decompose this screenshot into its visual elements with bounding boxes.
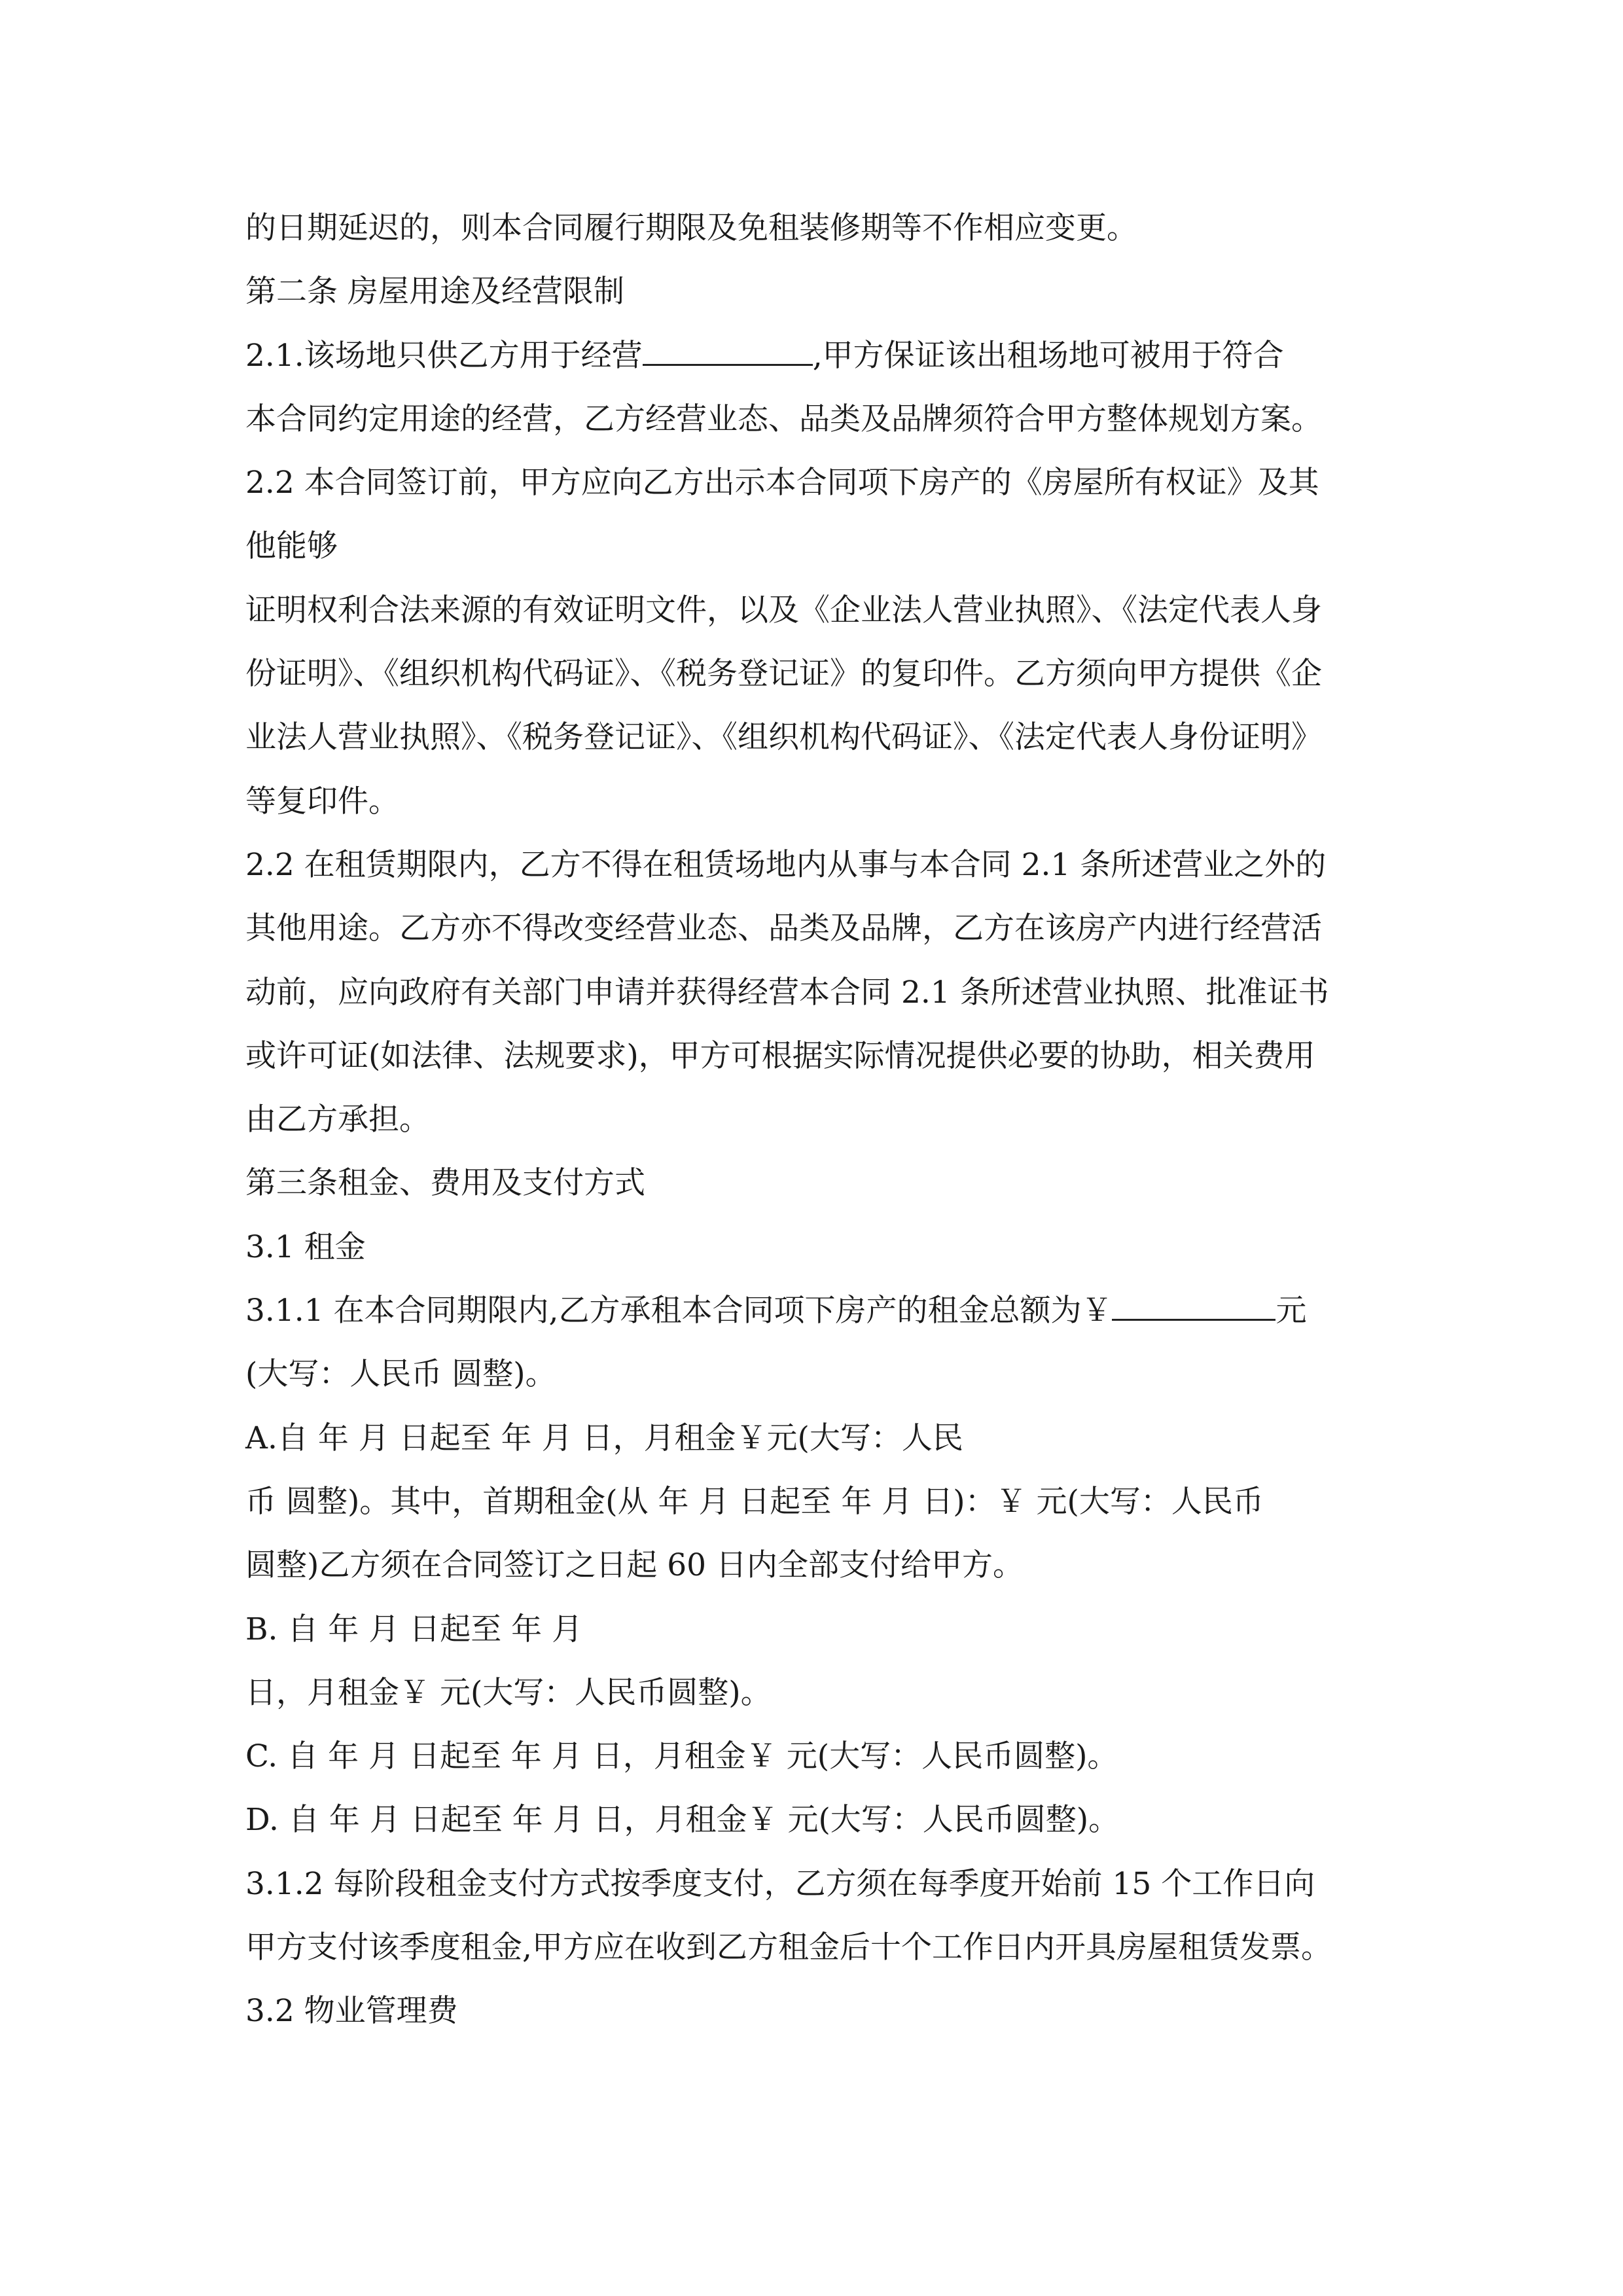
text-line: 日，月租金￥ 元(大写：人民币圆整)。 (245, 1661, 1397, 1725)
clause-2-1-before: 2.1.该场地只供乙方用于经营 (245, 338, 643, 374)
clause-2-1-after: ,甲方保证该出租场地可被用于符合 (813, 338, 1284, 374)
section-heading-article-2: 第二条 房屋用途及经营限制 (245, 260, 1397, 323)
text-line: 动前，应向政府有关部门申请并获得经营本合同 2.1 条所述营业执照、批准证书 (245, 961, 1397, 1024)
text-line: 2.2 本合同签订前，甲方应向乙方出示本合同项下房产的《房屋所有权证》及其 (245, 451, 1397, 514)
text-line: 业法人营业执照》、《税务登记证》、《组织机构代码证》、《法定代表人身份证明》 (245, 706, 1397, 769)
clause-2-1-line: 2.1.该场地只供乙方用于经营,甲方保证该出租场地可被用于符合 (245, 324, 1397, 387)
clause-3-1-1-line: 3.1.1 在本合同期限内,乙方承租本合同项下房产的租金总额为￥元 (245, 1279, 1397, 1342)
text-line: 3.1.2 每阶段租金支付方式按季度支付，乙方须在每季度开始前 15 个工作日向 (245, 1852, 1397, 1916)
rent-period-d: D. 自 年 月 日起至 年 月 日，月租金￥ 元(大写：人民币圆整)。 (245, 1788, 1397, 1852)
text-line: 或许可证(如法律、法规要求)，甲方可根据实际情况提供必要的协助，相关费用 (245, 1024, 1397, 1088)
text-line: 币 圆整)。其中，首期租金(从 年 月 日起至 年 月 日)：￥ 元(大写：人民… (245, 1470, 1397, 1534)
text-line: 由乙方承担。 (245, 1088, 1397, 1151)
clause-3-1-1-before: 3.1.1 在本合同期限内,乙方承租本合同项下房产的租金总额为￥ (245, 1293, 1112, 1329)
subsection-heading-rent: 3.1 租金 (245, 1215, 1397, 1279)
rent-period-a: A.自 年 月 日起至 年 月 日，月租金￥元(大写：人民 (245, 1407, 1397, 1470)
text-line: 其他用途。乙方亦不得改变经营业态、品类及品牌，乙方在该房产内进行经营活 (245, 897, 1397, 960)
business-purpose-blank[interactable] (643, 335, 813, 366)
rent-period-c: C. 自 年 月 日起至 年 月 日，月租金￥ 元(大写：人民币圆整)。 (245, 1725, 1397, 1788)
text-line: (大写：人民币 圆整)。 (245, 1342, 1397, 1406)
text-line: 等复印件。 (245, 770, 1397, 833)
text-line: 的日期延迟的，则本合同履行期限及免租装修期等不作相应变更。 (245, 196, 1397, 260)
text-line: 圆整)乙方须在合同签订之日起 60 日内全部支付给甲方。 (245, 1534, 1397, 1597)
document-page: 的日期延迟的，则本合同履行期限及免租装修期等不作相应变更。 第二条 房屋用途及经… (245, 196, 1397, 2043)
text-line: 他能够 (245, 514, 1397, 578)
clause-3-1-1-after: 元 (1275, 1293, 1306, 1329)
rent-period-b: B. 自 年 月 日起至 年 月 (245, 1598, 1397, 1661)
text-line: 本合同约定用途的经营，乙方经营业态、品类及品牌须符合甲方整体规划方案。 (245, 387, 1397, 451)
text-line: 证明权利合法来源的有效证明文件，以及《企业法人营业执照》、《法定代表人身 (245, 579, 1397, 642)
text-line: 2.2 在租赁期限内，乙方不得在租赁场地内从事与本合同 2.1 条所述营业之外的 (245, 833, 1397, 897)
text-line: 份证明》、《组织机构代码证》、《税务登记证》的复印件。乙方须向甲方提供《企 (245, 642, 1397, 706)
subsection-heading-property-fee: 3.2 物业管理费 (245, 1979, 1397, 2043)
text-line: 甲方支付该季度租金,甲方应在收到乙方租金后十个工作日内开具房屋租赁发票。 (245, 1916, 1397, 1979)
section-heading-article-3: 第三条租金、费用及支付方式 (245, 1151, 1397, 1215)
total-rent-blank[interactable] (1112, 1290, 1275, 1321)
